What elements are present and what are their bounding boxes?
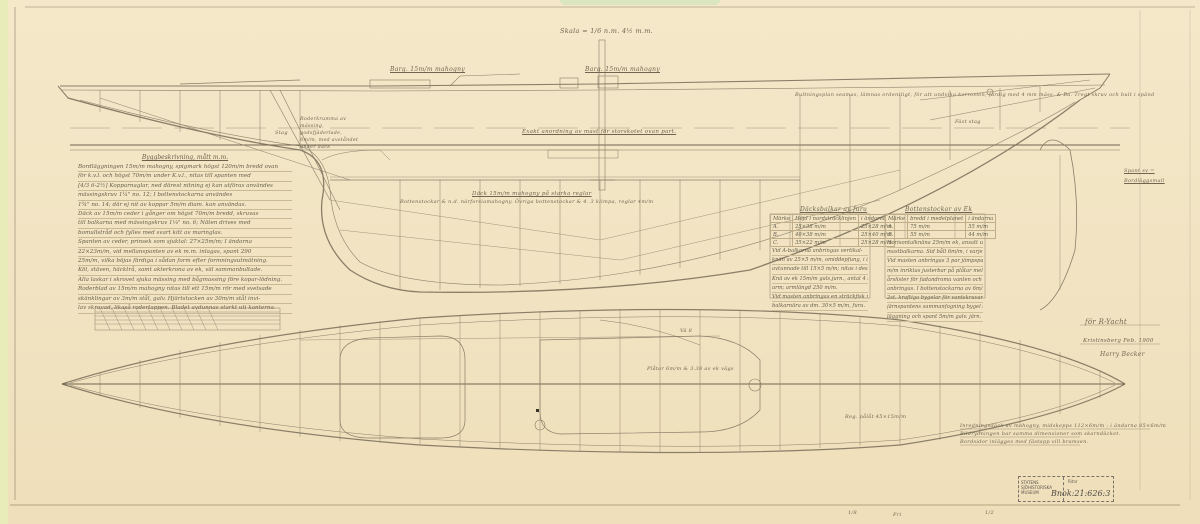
table-cell: A. [886,223,908,231]
note-line: mastbalkarna. Sid båll 6m/m, i varje arm… [887,248,983,257]
spec-line: bomullstråd och fylles med svart kitt av… [78,229,292,238]
table-header: i ändarna [966,215,996,223]
table-cell: B. [771,231,793,239]
scale-note: Skala = 1/6 n.m. 4½ m.m. [560,27,653,35]
margin-mark: 1/8 [848,510,857,516]
table-cell: 40×38 m/m [793,231,859,239]
deck-beams-notes: Vid A-balkarna anbringas vertikal- knän … [772,247,868,311]
margin-mark: Fri [893,512,901,518]
stamp-institution: STATENS SJÖHISTORISKA MUSEUM [1021,480,1052,495]
stamp-line: MUSEUM [1021,490,1052,495]
table-cell: B. [886,231,908,239]
spec-line: Roderblad av 15m/m mahogny nitas till et… [78,285,292,294]
spec-line: Köl, stäven, häcktrå, samt akterkrona av… [78,266,292,275]
deck-beams-title: Däcksbalkar av furu [800,206,867,213]
note-line: årslister för fadandroma vanten och med … [887,276,983,285]
table-row: B. 40×38 m/m 25×40 m/m [771,231,895,239]
spec-line: för k.v.l. och högst 70m/m under K.v.l.,… [78,172,292,181]
spec-line: till balkarna med mässingskruv 1⅛" no. 6… [78,219,292,228]
table-header: Höjd i nordsträcklinjen [793,215,859,223]
table-cell: 35×22 m/m [793,239,859,247]
table-row: A. 25×38 m/m 25×28 m/m [771,223,895,231]
spec-line: lav skruvad, likaså rodertappen. Bladet … [78,304,292,313]
keel-note: Bottenstockar & n.d. närforsiamahogny. Ö… [400,199,653,205]
deck-plank-label-right: Barg. 15m/m mahogny [585,66,660,73]
note-line: Vid masten anbringas 3 par jämpspant 30×… [887,257,983,266]
deck-beam-note: Bultningsplan seamas, lämnas ordentligt,… [795,92,1154,98]
table-row: A. 75 m/m 55 m/m [886,223,996,231]
spec-line: Bordläggningen 15m/m mahogny, spigmark h… [78,163,292,172]
note-line: Vid masten anbringas en sträckfisk med [772,293,868,302]
table-cell: 55 m/m [966,223,996,231]
note-line: arm; armlängd 250 m/m. [772,284,868,293]
stamp-label: Ritnr [1068,479,1078,484]
note-line: Vid A-balkarna anbringas vertikal- [772,247,868,256]
note-line: balkarnära av dm. 30×5 m/m, furu. [772,302,868,311]
table-header-row: Märke Höjd i nordsträcklinjen i ändarna [771,215,895,223]
table-cell: A. [771,223,793,231]
note-line: anbringas. I bottenstockarna av 6m/m plå… [887,285,983,294]
note-line: Horisontalknäna 25m/m ek, ansatt utå [887,239,983,248]
archive-number: Bnok:21:626:3 [1051,489,1110,498]
centerline-note: Exakt anordning av mast för storskotet o… [522,129,676,135]
spec-line: Däck av 15m/m ceder i gånger om högst 70… [78,210,292,219]
spacing-note-2: Bordläggsmall [1124,178,1165,184]
spec-line: skänklingar av 3m/m stål, galv. Hjärtsto… [78,295,292,304]
specification-block: Byggbeskrivning, mått m.m. Bordläggninge… [78,154,292,314]
designer-signature: Harry Becker [1100,351,1145,358]
bottom-note: Inredningsdäck av mahogny, midskepps 112… [960,423,1166,429]
floors-notes: Horisontalknäna 25m/m ek, ansatt utå mas… [887,239,983,322]
table-row: B. 55 m/m 44 m/m [886,231,996,239]
archive-stamp: STATENS SJÖHISTORISKA MUSEUM Ritnr Bnok:… [1018,476,1114,502]
spec-line: 1¾" no. 14; där ej nit av koppar 5m/m di… [78,201,292,210]
table-cell: C. [771,239,793,247]
frame-mark: Vä 8 [680,328,692,334]
spec-line: mässingskruv 1¼" no. 12; I bottenstockar… [78,191,292,200]
fist-stay-label: Fäst stag [955,119,981,125]
note-line: 2st. kraftiga bygelar för vantskruvarna.… [887,294,983,303]
table-cell: 44 m/m [966,231,996,239]
note-line: Knä av ek 15m/m gals.jurn., antal 4 st. … [772,275,868,284]
spec-title: Byggbeskrivning, mått m.m. [78,154,292,161]
note-line: knän av 25×5 m/m, omiddepfung, i ändarna [772,256,868,265]
deck-plank-label-left: Barg. 15m/m mahogny [390,66,465,73]
note-line: läggning och spant 5m/m galv. järn. [887,313,983,322]
cockpit-note: Plåtar 6m/m & 3.38 av ek vägs [647,366,734,372]
table-header: Märke [886,215,908,223]
frame-note: Roderkrumma av mässing, godsfjäderlade, … [300,116,360,151]
note-line: järnspantens sammanfogning bygel av 6m/m… [887,303,983,312]
spec-line: Spanten av ceder, prinsek som sjuktal: 2… [78,238,292,247]
edge-note: Reg. pålåt 45×15m/m [845,414,906,420]
spec-line: Alla laskar i skrovet sjuka mässing med … [78,276,292,285]
bottom-note: Bildrydningen bar samma dimensioner som … [960,431,1121,437]
deck-section-note: Däck 15m/m mahogny på starka reglar [472,191,592,197]
table-header-row: Märke bredd i medelplanet i ändarna [886,215,996,223]
drawing-title: för R-Yacht [1085,318,1127,326]
table-header: Märke [771,215,793,223]
spec-line: 22×23m/m, vid mellanspanten av ek m.m. i… [78,248,292,257]
table-cell: 55 m/m [908,231,966,239]
table-row: C. 35×22 m/m 25×28 m/m [771,239,895,247]
floors-title: Bottenstockar av Ek [905,206,972,213]
spec-line: [4/3 6-2½] Kopparnaglar, ned därest nitn… [78,182,292,191]
floors-table: Märke bredd i medelplanet i ändarna A. 7… [885,214,996,239]
spec-line: 25m/m, vilka böjas färdiga i sådan form … [78,257,292,266]
bottom-note: Bordsidor inlägges med fästapp vill bram… [960,439,1088,445]
table-cell: 25×38 m/m [793,223,859,231]
deck-beams-table: Märke Höjd i nordsträcklinjen i ändarna … [770,214,895,247]
note-line: m/m inriktas justerbar på plåtar mellan … [887,267,983,276]
stag-label: Stag [275,130,288,136]
note-line: avtunnade till 15×5 m/m; nitas i dessa. [772,265,868,274]
place-date: Kristinsberg Feb. 1900 [1083,338,1154,344]
table-cell: 75 m/m [908,223,966,231]
margin-mark: 1/2 [985,510,994,516]
spacing-note-1: Spant sv = [1124,168,1155,174]
table-header: bredd i medelplanet [908,215,966,223]
